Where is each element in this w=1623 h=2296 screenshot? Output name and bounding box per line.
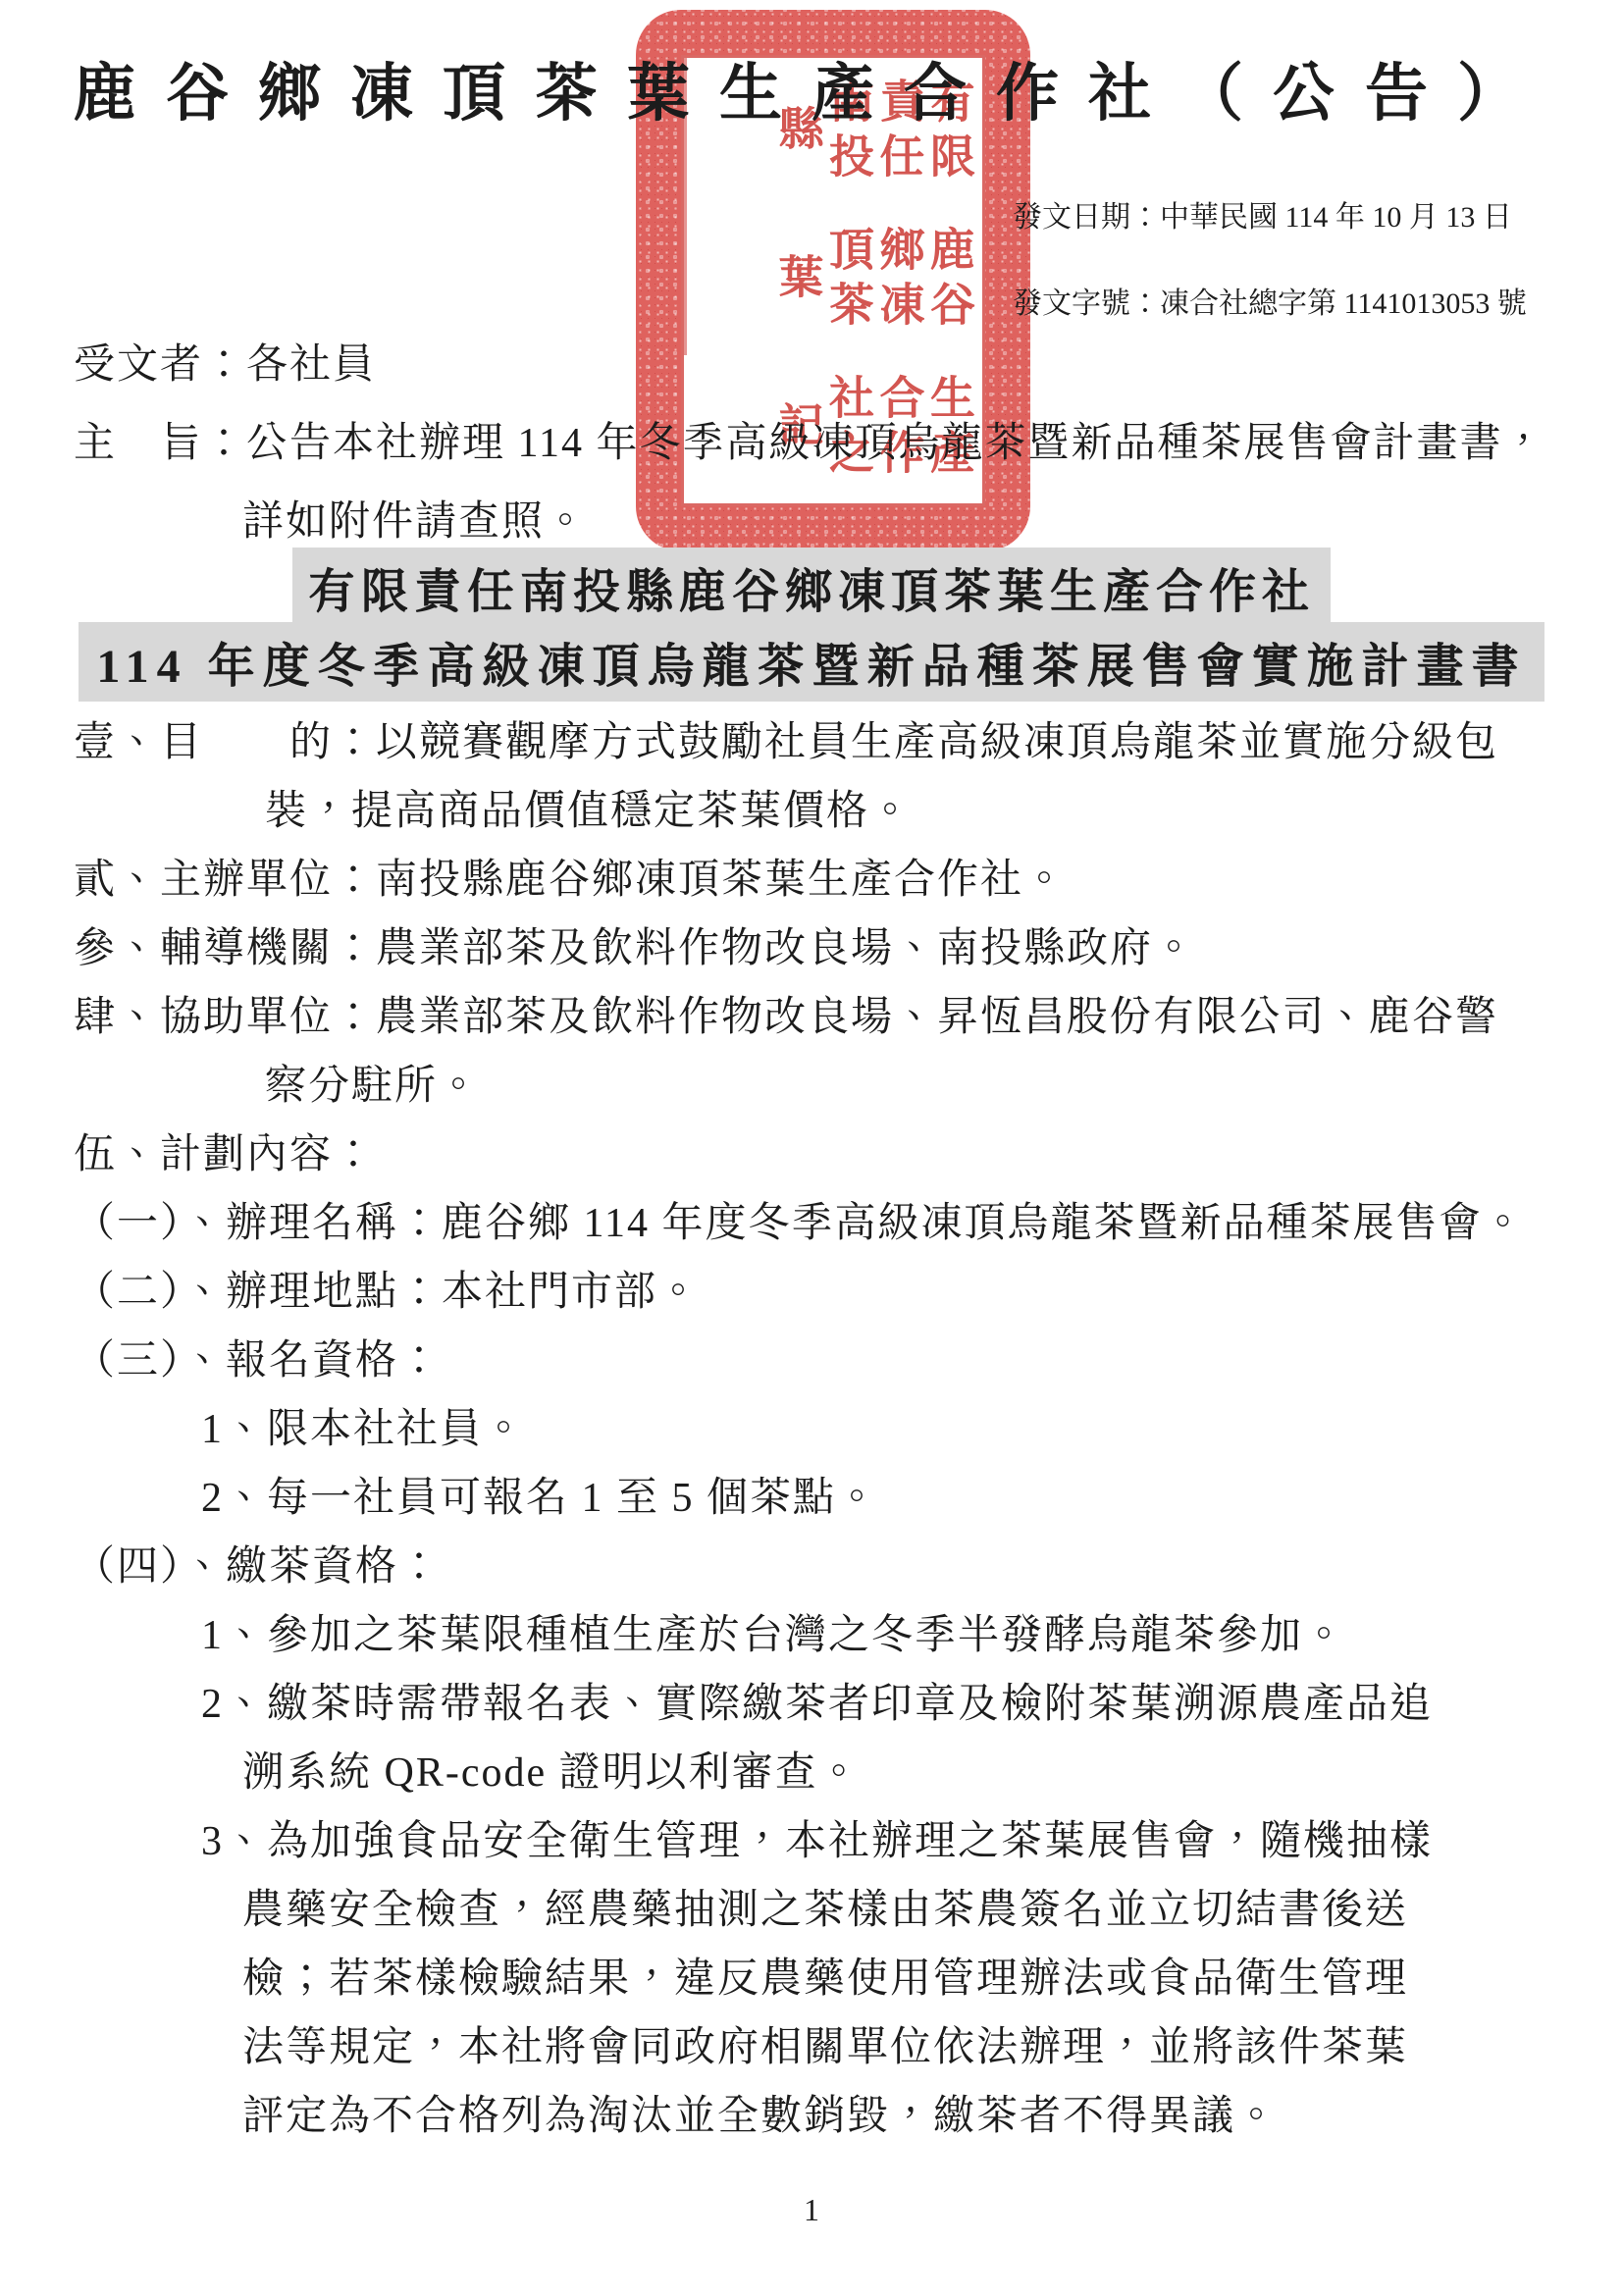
plan-title-heading: 114 年度冬季高級凍頂烏龍茶暨新品種茶展售會實施計畫書 [79,622,1544,702]
document-body: 壹、目 的：以競賽觀摩方式鼓勵社員生產高級凍頂烏龍茶並實施分級包 裝，提高商品價… [74,708,1584,2151]
body-line: 裝，提高商品價值穩定茶葉價格。 [74,777,1584,846]
body-line: 溯系統 QR-code 證明以利審查。 [74,1739,1584,1807]
body-line: 壹、目 的：以競賽觀摩方式鼓勵社員生產高級凍頂烏龍茶並實施分級包 [74,708,1584,777]
highlighted-heading-wrap: 114 年度冬季高級凍頂烏龍茶暨新品種茶展售會實施計畫書 [0,622,1623,702]
cooperative-name-heading: 有限責任南投縣鹿谷鄉凍頂茶葉生產合作社 [292,548,1331,627]
issue-date: 發文日期：中華民國 114 年 10 月 13 日 [1013,192,1512,235]
body-line: 法等規定，本社將會同政府相關單位依法辦理，並將該件茶葉 [74,2013,1584,2082]
body-line: 農藥安全檢查，經農藥抽測之茶樣由茶農簽名並立切結書後送 [74,1876,1584,1945]
body-line: （一）、辦理名稱：鹿谷鄉 114 年度冬季高級凍頂烏龍茶暨新品種茶展售會。 [74,1189,1584,1258]
body-line: 參、輔導機關：農業部茶及飲料作物改良場、南投縣政府。 [74,914,1584,983]
body-line: 1、參加之茶葉限種植生產於台灣之冬季半發酵烏龍茶參加。 [74,1601,1584,1670]
body-line: 2、繳茶時需帶報名表、實際繳茶者印章及檢附茶葉溯源農產品追 [74,1670,1584,1739]
announcement-document: 有限責任南投縣 鹿谷鄉凍頂茶葉 生產合作社之記 鹿谷鄉凍頂茶葉生產合作社（公告）… [0,0,1623,2296]
page-number: 1 [0,2192,1623,2228]
body-line: 察分駐所。 [74,1052,1584,1121]
body-line: 3、為加強食品安全衛生管理，本社辦理之茶葉展售會，隨機抽樣 [74,1807,1584,1876]
body-line: （二）、辦理地點：本社門市部。 [74,1258,1584,1327]
subject-line: 主 旨：公告本社辦理 114 年冬季高級凍頂烏龍茶暨新品種茶展售會計畫書， [74,410,1584,469]
body-line: （四）、繳茶資格： [74,1533,1584,1601]
issue-number: 發文字號：凍合社總字第 1141013053 號 [1013,279,1527,322]
document-title: 鹿谷鄉凍頂茶葉生產合作社（公告） [74,43,1584,133]
seal-column: 鹿谷鄉凍頂茶葉 [684,206,982,354]
body-line: 評定為不合格列為淘汰並全數銷毀，繳茶者不得異議。 [74,2082,1584,2151]
body-line: 檢；若茶樣檢驗結果，違反農藥使用管理辦法或食品衛生管理 [74,1945,1584,2013]
body-line: 1、限本社社員。 [74,1395,1584,1464]
body-line: 肆、協助單位：農業部茶及飲料作物改良場、昇恆昌股份有限公司、鹿谷警 [74,983,1584,1052]
highlighted-heading-wrap: 有限責任南投縣鹿谷鄉凍頂茶葉生產合作社 [0,548,1623,627]
body-line: 伍、計劃內容： [74,1121,1584,1189]
subject-line-continuation: 詳如附件請查照。 [242,489,588,548]
body-line: 貳、主辦單位：南投縣鹿谷鄉凍頂茶葉生產合作社。 [74,846,1584,914]
recipient-line: 受文者：各社員 [74,332,376,391]
body-line: （三）、報名資格： [74,1327,1584,1395]
body-line: 2、每一社員可報名 1 至 5 個茶點。 [74,1464,1584,1533]
